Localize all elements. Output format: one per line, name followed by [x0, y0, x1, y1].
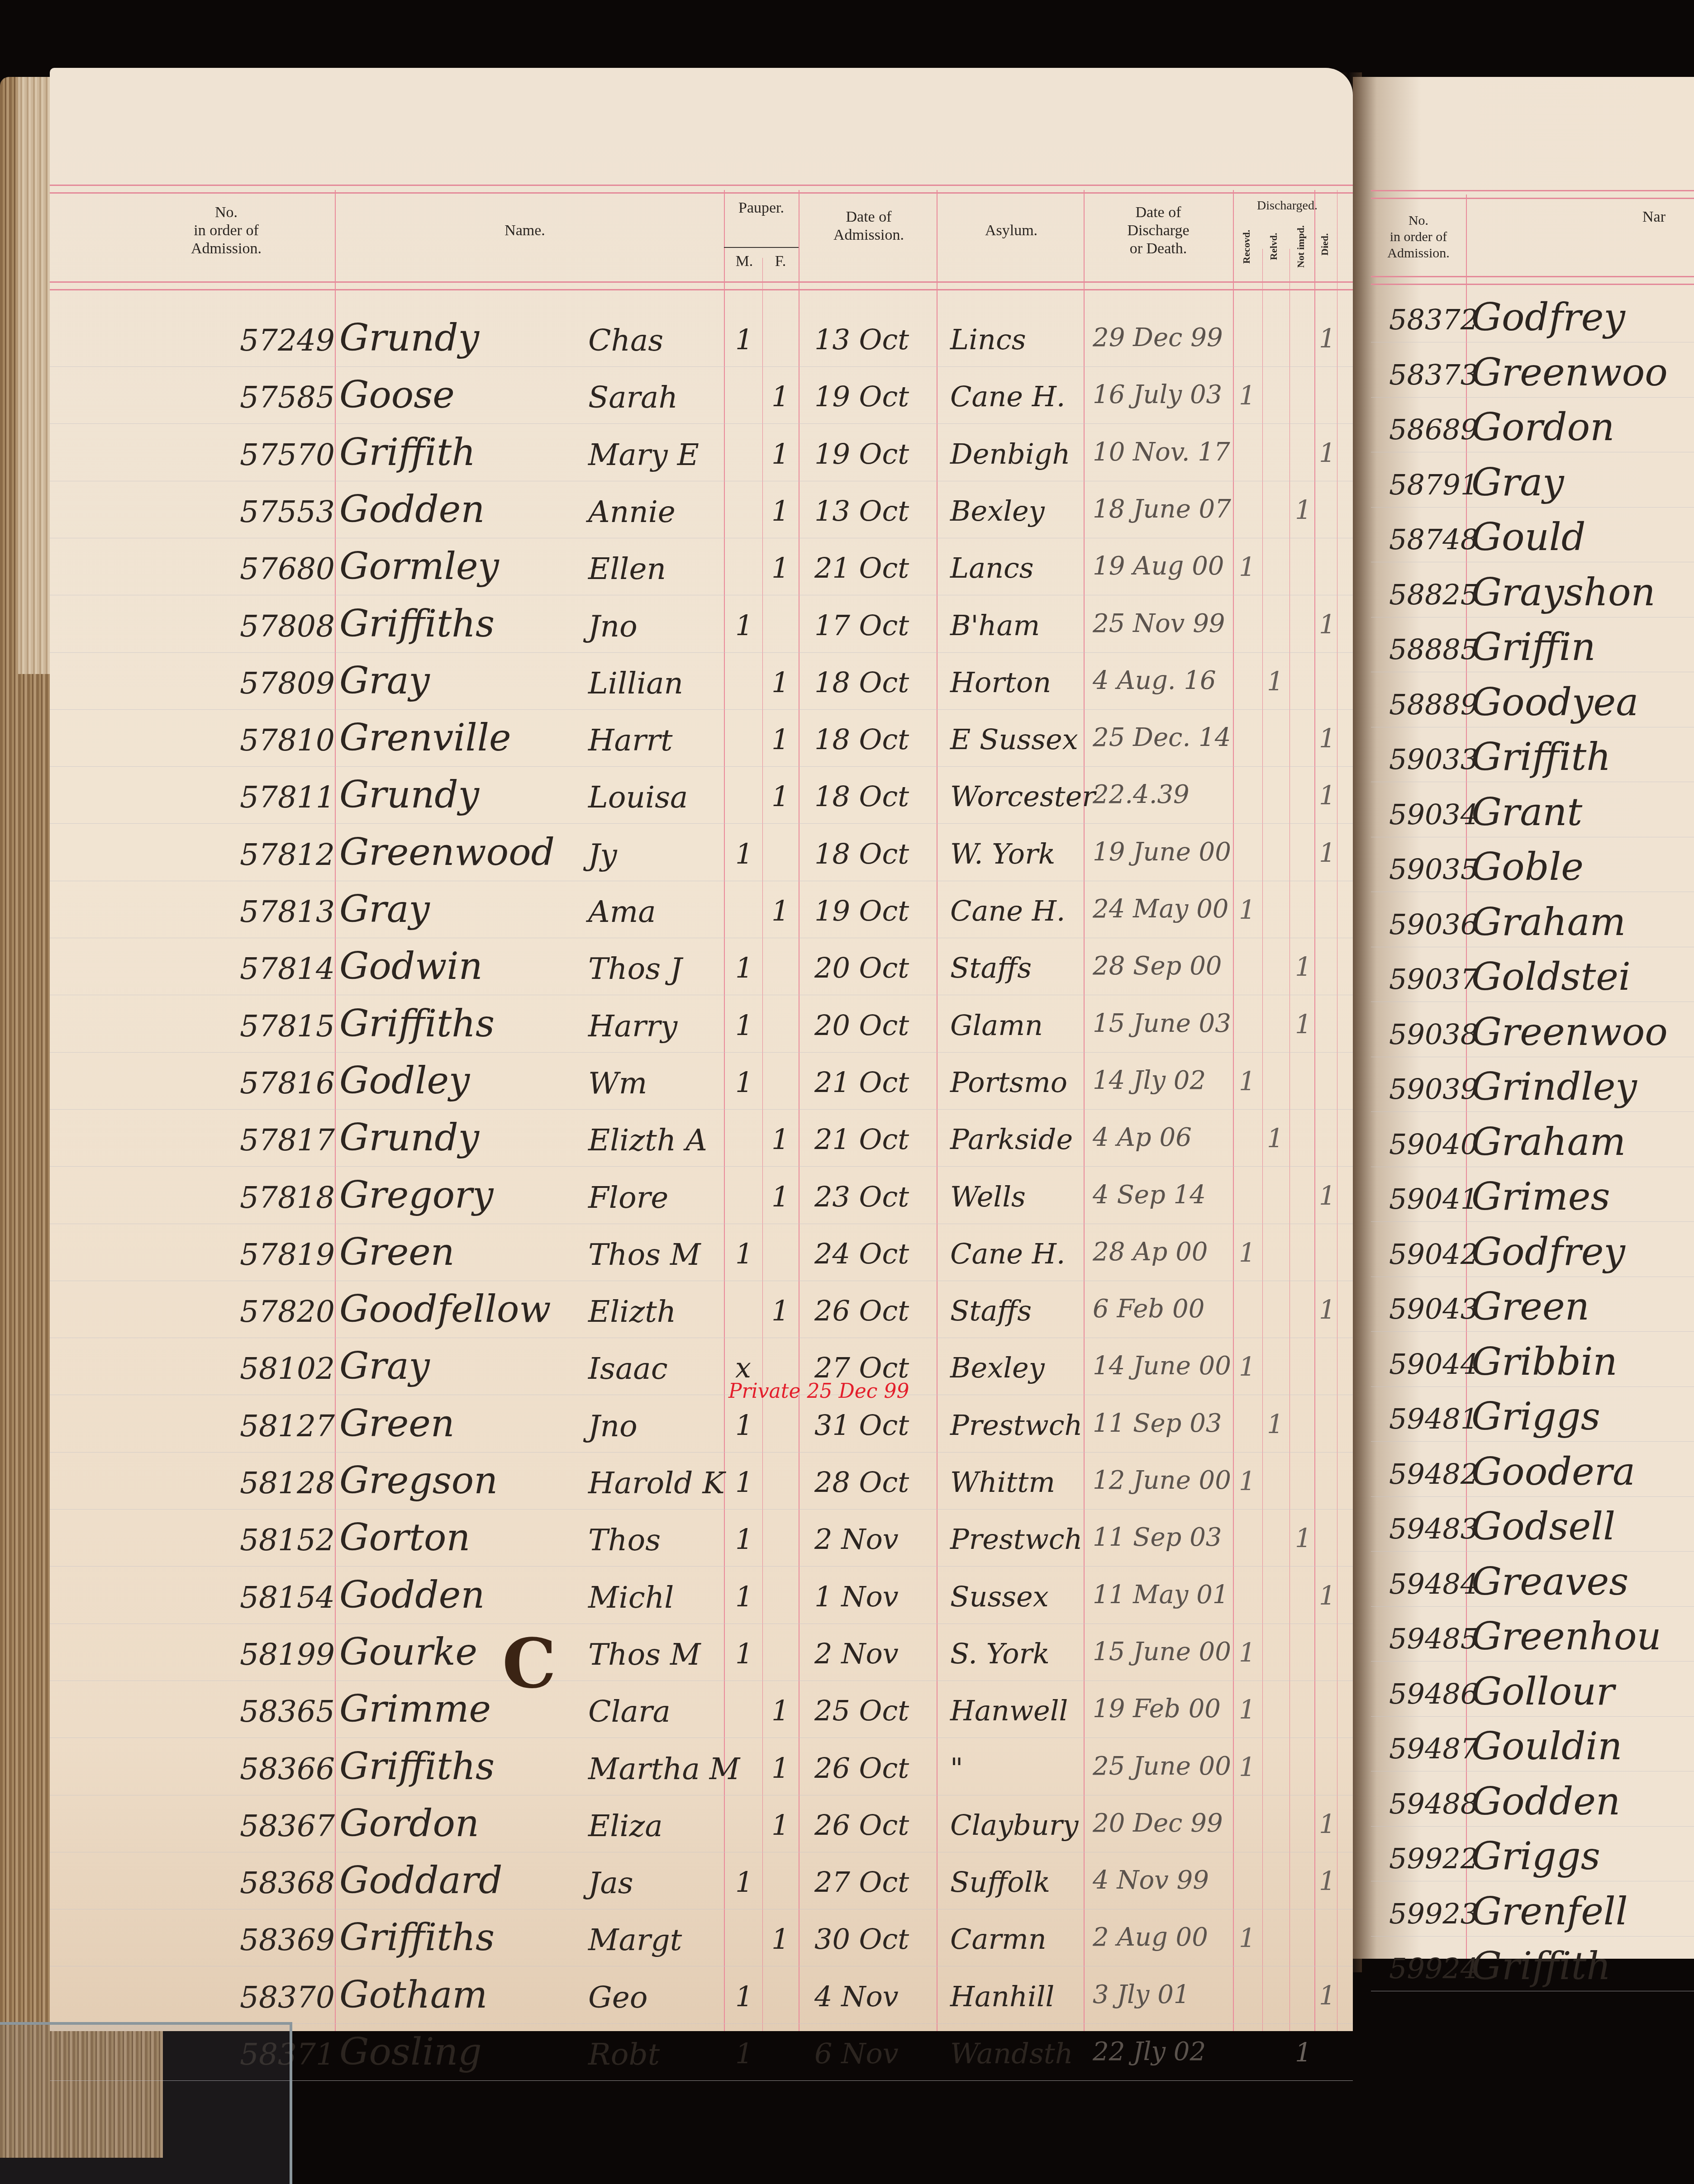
admission-number: 57809: [240, 666, 335, 701]
admission-number: 57818: [240, 1180, 335, 1215]
asylum: B'ham: [950, 609, 1040, 642]
asylum: Worcester: [950, 780, 1095, 813]
right-admission-number: 58825: [1389, 578, 1478, 611]
pauper-male: 1: [735, 2037, 753, 2070]
right-surname: Grenfell: [1471, 1889, 1628, 1933]
surname: Gotham: [339, 1974, 487, 2017]
row-rule: [50, 1795, 1353, 1795]
right-surname: Gribbin: [1471, 1339, 1618, 1384]
col-rule-admission: [937, 190, 937, 2031]
right-row-rule: [1371, 1881, 1694, 1881]
right-row-rule: [1371, 1661, 1694, 1662]
discharge-status-tick: 1: [1319, 437, 1336, 468]
forename: Elizth A: [588, 1123, 707, 1158]
surname: Gourke: [339, 1631, 477, 1674]
right-admission-number: 59922: [1389, 1842, 1478, 1875]
forename: Thos M: [588, 1237, 701, 1272]
date-of-admission: 2 Nov: [814, 1637, 899, 1670]
date-of-admission: 21 Oct: [814, 551, 909, 584]
date-of-admission: 18 Oct: [814, 723, 909, 756]
discharge-status-tick: 1: [1295, 494, 1312, 525]
row-rule: [50, 652, 1353, 653]
right-row-rule: [1371, 837, 1694, 837]
discharge-status-tick: 1: [1267, 1123, 1284, 1154]
right-admission-number: 58889: [1389, 688, 1478, 721]
asylum: S. York: [950, 1637, 1050, 1670]
forename: Jno: [588, 609, 638, 644]
right-row-rule: [1371, 1606, 1694, 1607]
pauper-male: 1: [735, 1866, 753, 1899]
right-admission-number: 58689: [1389, 413, 1478, 446]
discharge-status-tick: 1: [1295, 951, 1312, 982]
forename: Margt: [588, 1923, 682, 1957]
forename: Jy: [588, 837, 617, 872]
asylum: Prestwch: [950, 1409, 1083, 1442]
right-surname: Graham: [1471, 900, 1626, 944]
date-of-discharge: 16 July 03: [1093, 380, 1222, 409]
admission-number: 57249: [240, 323, 335, 358]
right-row-rule: [1371, 1002, 1694, 1002]
date-of-discharge: 6 Feb 00: [1093, 1294, 1204, 1324]
asylum: Lincs: [950, 323, 1026, 356]
surname: Godwin: [339, 945, 483, 988]
pauper-male: 1: [735, 1466, 753, 1499]
forename: Mary E: [588, 437, 699, 472]
pauper-male: 1: [735, 837, 753, 870]
discharge-status-tick: 1: [1239, 551, 1256, 582]
col-rule-f: [799, 190, 799, 2031]
right-surname: Grant: [1471, 790, 1582, 834]
right-surname: Greenhou: [1471, 1614, 1661, 1658]
right-row-rule: [1371, 1057, 1694, 1057]
pauper-female: 1: [771, 1694, 789, 1727]
asylum: Whittm: [950, 1466, 1055, 1499]
surname: Griffith: [339, 431, 476, 474]
row-rule: [50, 1966, 1353, 1966]
asylum: Bexley: [950, 494, 1045, 527]
right-surname: Griggs: [1471, 1394, 1600, 1439]
admission-number: 58199: [240, 1637, 335, 1672]
col-rule-relvd: [1290, 249, 1290, 2031]
discharge-status-tick: 1: [1319, 1580, 1336, 1611]
col-rule-discharge: [1233, 190, 1234, 2031]
asylum: E Sussex: [950, 723, 1078, 756]
date-of-admission: 31 Oct: [814, 1409, 909, 1442]
surname: Goddard: [339, 1859, 502, 1902]
asylum: Suffolk: [950, 1866, 1050, 1899]
date-of-discharge: 25 Dec. 14: [1093, 723, 1231, 752]
discharge-status-tick: 1: [1319, 723, 1336, 754]
date-of-admission: 26 Oct: [814, 1294, 909, 1327]
row-rule: [50, 1281, 1353, 1281]
right-surname: Godfrey: [1471, 1230, 1625, 1274]
right-surname: Griggs: [1471, 1834, 1600, 1878]
right-admission-number: 59039: [1389, 1073, 1478, 1106]
date-of-admission: 30 Oct: [814, 1923, 909, 1956]
forename: Thos M: [588, 1637, 701, 1672]
admission-number: 58366: [240, 1752, 335, 1786]
right-surname: Greaves: [1471, 1559, 1628, 1604]
right-admission-number: 59033: [1389, 743, 1478, 776]
col-rule-recovd: [1262, 249, 1263, 2031]
pauper-male: 1: [735, 609, 753, 642]
date-of-admission: 2 Nov: [814, 1523, 899, 1556]
col-rule-no: [335, 190, 336, 2031]
right-surname: Griffith: [1471, 735, 1611, 779]
surname: Gormley: [339, 545, 499, 588]
discharge-status-tick: 1: [1239, 1066, 1256, 1097]
pauper-female: 1: [771, 780, 789, 813]
col-rule-asylum: [1084, 190, 1085, 2031]
admission-number: 57808: [240, 609, 335, 644]
row-rule: [50, 1566, 1353, 1567]
header-pauper-m: M.: [728, 252, 760, 271]
pauper-female: 1: [771, 1123, 789, 1156]
date-of-admission: 4 Nov: [814, 1980, 899, 2013]
right-admission-number: 59924: [1389, 1952, 1478, 1985]
discharge-status-tick: 1: [1239, 1752, 1256, 1782]
forename: Robt: [588, 2037, 660, 2072]
asylum: Staffs: [950, 1294, 1032, 1327]
row-rule: [50, 423, 1353, 424]
surname: Gray: [339, 888, 430, 931]
right-surname: Godden: [1471, 1779, 1620, 1823]
date-of-discharge: 14 June 00: [1093, 1351, 1231, 1381]
date-of-discharge: 28 Sep 00: [1093, 951, 1222, 981]
date-of-discharge: 3 Jly 01: [1093, 1980, 1190, 2009]
right-admission-number: 59486: [1389, 1677, 1478, 1710]
discharge-status-tick: 1: [1239, 1694, 1256, 1725]
date-of-discharge: 14 Jly 02: [1093, 1066, 1206, 1095]
admission-number: 57814: [240, 951, 335, 986]
right-row-rule: [1371, 397, 1694, 398]
header-name: Name.: [434, 222, 615, 240]
pauper-male: 1: [735, 951, 753, 984]
discharge-status-tick: 1: [1295, 1523, 1312, 1553]
date-of-admission: 25 Oct: [814, 1694, 909, 1727]
surname: Grundy: [339, 774, 479, 817]
right-row-rule: [1371, 892, 1694, 892]
date-of-admission: 28 Oct: [814, 1466, 909, 1499]
row-rule: [50, 881, 1353, 881]
right-surname: Goldstei: [1471, 954, 1631, 999]
discharge-status-tick: 1: [1239, 1351, 1256, 1382]
surname: Green: [339, 1231, 455, 1274]
row-rule: [50, 1166, 1353, 1167]
right-surname: Gray: [1471, 460, 1564, 504]
surname: Godden: [339, 1574, 485, 1617]
surname: Greenwood: [339, 831, 555, 874]
forename: Harrt: [588, 723, 673, 758]
date-of-admission: 21 Oct: [814, 1123, 909, 1156]
right-admission-number: 58791: [1389, 468, 1478, 501]
right-admission-number: 59034: [1389, 798, 1478, 831]
right-row-rule: [1371, 452, 1694, 452]
row-rule: [50, 1109, 1353, 1110]
right-admission-number: 59041: [1389, 1182, 1478, 1215]
right-surname: Griffin: [1471, 625, 1596, 669]
date-of-admission: 18 Oct: [814, 837, 909, 870]
discharge-status-tick: 1: [1319, 323, 1336, 354]
admission-number: 57553: [240, 494, 335, 529]
admission-number: 57817: [240, 1123, 335, 1158]
discharge-status-tick: 1: [1239, 1466, 1256, 1496]
row-rule: [50, 938, 1353, 938]
header-asylum: Asylum.: [959, 222, 1063, 240]
discharge-status-tick: 1: [1319, 780, 1336, 811]
date-of-admission: 6 Nov: [814, 2037, 899, 2070]
row-rule: [50, 995, 1353, 995]
right-admission-number: 59482: [1389, 1458, 1478, 1491]
right-header-name: Nar: [1642, 208, 1694, 226]
asylum: Denbigh: [950, 437, 1070, 470]
right-admission-number: 58885: [1389, 633, 1478, 666]
date-of-discharge: 28 Ap 00: [1093, 1237, 1208, 1267]
header-date-admission: Date of Admission.: [810, 208, 928, 244]
right-row-rule: [1371, 1936, 1694, 1937]
date-of-discharge: 22 Jly 02: [1093, 2037, 1206, 2066]
surname: Griffiths: [339, 1745, 495, 1788]
asylum: Prestwch: [950, 1523, 1083, 1556]
discharge-status-tick: 1: [1295, 1009, 1312, 1040]
header-discharged: Discharged.: [1235, 197, 1339, 215]
date-of-admission: 1 Nov: [814, 1580, 899, 1613]
header-pauper: Pauper.: [724, 199, 799, 217]
right-row-rule: [1371, 782, 1694, 782]
admission-number: 57815: [240, 1009, 335, 1044]
right-admission-number: 59040: [1389, 1128, 1478, 1161]
forename: Chas: [588, 323, 663, 358]
right-admission-number: 58372: [1389, 303, 1478, 336]
right-surname: Green: [1471, 1284, 1589, 1329]
right-row-rule: [1371, 1441, 1694, 1442]
admission-number: 58127: [240, 1409, 335, 1443]
admission-number: 57570: [240, 437, 335, 472]
row-rule: [50, 1852, 1353, 1852]
right-header-bottom-rule: [1371, 276, 1694, 285]
discharge-status-tick: 1: [1319, 1866, 1336, 1896]
right-admission-number: 58748: [1389, 523, 1478, 556]
admission-number: 58152: [240, 1523, 335, 1557]
admission-number: 57810: [240, 723, 335, 758]
date-of-discharge: 25 Nov 99: [1093, 609, 1225, 638]
discharge-status-tick: 1: [1319, 1294, 1336, 1325]
right-row-rule: [1371, 727, 1694, 727]
pauper-male: 1: [735, 323, 753, 356]
right-row-rule: [1371, 1496, 1694, 1497]
asylum: Hanhill: [950, 1980, 1054, 2013]
asylum: Sussex: [950, 1580, 1049, 1613]
forename: Jno: [588, 1409, 638, 1443]
ledger-right-page: No. in order of Admission. Nar 58372Godf…: [1353, 77, 1694, 1959]
right-row-rule: [1371, 1551, 1694, 1552]
date-of-admission: 18 Oct: [814, 780, 909, 813]
pauper-male: 1: [735, 1066, 753, 1099]
right-row-rule: [1371, 1826, 1694, 1827]
pauper-female: 1: [771, 437, 789, 470]
right-row-rule: [1371, 1386, 1694, 1387]
pauper-female: 1: [771, 1923, 789, 1956]
right-header-top-rule: [1371, 190, 1694, 199]
discharge-status-tick: 1: [1239, 894, 1256, 925]
right-surname: Gouldin: [1471, 1724, 1622, 1768]
pauper-female: 1: [771, 1809, 789, 1842]
admission-number: 57811: [240, 780, 335, 815]
forename: Elizth: [588, 1294, 676, 1329]
forename: Ama: [588, 894, 656, 929]
surname: Grundy: [339, 317, 479, 360]
date-of-discharge: 25 June 00: [1093, 1752, 1231, 1781]
date-of-admission: 23 Oct: [814, 1180, 909, 1213]
pauper-male: 1: [735, 1237, 753, 1270]
right-row-rule: [1371, 1331, 1694, 1332]
forename: Wm: [588, 1066, 647, 1101]
date-of-discharge: 18 June 07: [1093, 494, 1231, 524]
right-surname: Griffith: [1471, 1944, 1611, 1988]
date-of-discharge: 11 Sep 03: [1093, 1523, 1222, 1552]
right-admission-number: 59037: [1389, 963, 1478, 996]
right-row-rule: [1371, 1771, 1694, 1771]
header-relvd: Relvd.: [1268, 222, 1280, 271]
forename: Isaac: [588, 1351, 668, 1386]
ledger-table: No. in order of Admission. Name. Pauper.…: [50, 68, 1353, 2031]
right-admission-number: 59488: [1389, 1787, 1478, 1820]
discharge-status-tick: 1: [1319, 1809, 1336, 1839]
row-rule: [50, 709, 1353, 710]
date-of-discharge: 4 Sep 14: [1093, 1180, 1206, 1210]
right-row-rule: [1371, 617, 1694, 617]
header-recovd: Recovd.: [1241, 222, 1252, 271]
pauper-female: 1: [771, 1180, 789, 1213]
right-admission-number: 59035: [1389, 853, 1478, 886]
right-surname: Godfrey: [1471, 295, 1625, 339]
header-not-impd: Not impd.: [1295, 222, 1307, 271]
asylum: Lancs: [950, 551, 1034, 584]
admission-number: 57813: [240, 894, 335, 929]
surname: Gosling: [339, 2031, 482, 2074]
right-row-rule: [1371, 1716, 1694, 1717]
pauper-male: 1: [735, 1523, 753, 1556]
surname: Gregson: [339, 1459, 498, 1502]
asylum: Hanwell: [950, 1694, 1068, 1727]
header-no: No. in order of Admission.: [158, 204, 294, 258]
pauper-female: 1: [771, 666, 789, 699]
asylum: ": [950, 1752, 963, 1785]
right-surname: Godsell: [1471, 1504, 1615, 1548]
asylum: Horton: [950, 666, 1051, 699]
date-of-admission: 26 Oct: [814, 1752, 909, 1785]
discharge-status-tick: 1: [1295, 2037, 1312, 2068]
right-surname: Goble: [1471, 845, 1584, 889]
discharge-status-tick: 1: [1319, 609, 1336, 640]
right-row-rule: [1371, 1221, 1694, 1222]
forename: Harry: [588, 1009, 677, 1044]
date-of-discharge: 22.4.39: [1093, 780, 1190, 809]
date-of-admission: 20 Oct: [814, 951, 909, 984]
header-top-rule: [50, 185, 1353, 194]
row-rule: [50, 1452, 1353, 1453]
date-of-admission: 17 Oct: [814, 609, 909, 642]
date-of-admission: 26 Oct: [814, 1809, 909, 1842]
ink-stain: C: [502, 1624, 556, 1704]
surname: Grundy: [339, 1116, 479, 1159]
surname: Griffiths: [339, 1002, 495, 1045]
forename: Thos: [588, 1523, 661, 1557]
header-pauper-f: F.: [765, 252, 796, 271]
discharge-status-tick: 1: [1239, 380, 1256, 411]
right-admission-number: 59038: [1389, 1018, 1478, 1051]
admission-number: 58367: [240, 1809, 335, 1843]
right-admission-number: 59036: [1389, 908, 1478, 941]
pauper-female: 1: [771, 723, 789, 756]
right-admission-number: 59487: [1389, 1732, 1478, 1765]
asylum: W. York: [950, 837, 1055, 870]
row-rule: [50, 1681, 1353, 1681]
surname: Griffiths: [339, 1916, 495, 1959]
right-surname: Goodera: [1471, 1449, 1635, 1494]
right-admission-number: 58373: [1389, 358, 1478, 391]
admission-number: 58128: [240, 1466, 335, 1500]
pauper-female: 1: [771, 380, 789, 413]
private-annotation: Private 25 Dec 99: [728, 1380, 909, 1403]
header-bottom-rule: [50, 281, 1353, 290]
right-admission-number: 59043: [1389, 1292, 1478, 1325]
row-rule: [50, 1395, 1353, 1395]
surname: Grenville: [339, 717, 511, 760]
asylum: Portsmo: [950, 1066, 1067, 1099]
surname: Green: [339, 1402, 455, 1445]
row-rule: [50, 1224, 1353, 1224]
discharge-status-tick: 1: [1319, 837, 1336, 868]
discharge-status-tick: 1: [1239, 1237, 1256, 1268]
surname: Gorton: [339, 1516, 470, 1559]
forename: Ellen: [588, 551, 666, 586]
date-of-discharge: 19 Feb 00: [1093, 1694, 1221, 1723]
right-admission-number: 59481: [1389, 1402, 1478, 1435]
date-of-admission: 13 Oct: [814, 494, 909, 527]
right-surname: Gollour: [1471, 1669, 1614, 1714]
date-of-discharge: 12 June 00: [1093, 1466, 1231, 1495]
date-of-discharge: 15 June 03: [1093, 1009, 1231, 1038]
right-surname: Grayshon: [1471, 570, 1656, 614]
surname: Gordon: [339, 1802, 479, 1845]
asylum: Claybury: [950, 1809, 1079, 1842]
right-surname: Grindley: [1471, 1064, 1637, 1109]
row-rule: [50, 595, 1353, 595]
right-row-rule: [1371, 1277, 1694, 1277]
admission-number: 57812: [240, 837, 335, 872]
date-of-discharge: 11 May 01: [1093, 1580, 1228, 1610]
discharge-status-tick: 1: [1267, 666, 1284, 697]
ledger-left-page: No. in order of Admission. Name. Pauper.…: [50, 68, 1353, 2031]
row-rule: [50, 823, 1353, 824]
forename: Thos J: [588, 951, 682, 986]
pauper-female: 1: [771, 894, 789, 927]
admission-number: 58154: [240, 1580, 335, 1615]
header-date-discharge: Date of Discharge or Death.: [1090, 204, 1226, 258]
forename: Lillian: [588, 666, 683, 701]
pauper-male: 1: [735, 1580, 753, 1613]
date-of-discharge: 4 Ap 06: [1093, 1123, 1192, 1152]
pauper-female: 1: [771, 1752, 789, 1785]
date-of-discharge: 19 June 00: [1093, 837, 1231, 867]
right-row-rule: [1371, 1111, 1694, 1112]
admission-number: 57680: [240, 551, 335, 586]
row-rule: [50, 1338, 1353, 1338]
forename: Sarah: [588, 380, 678, 415]
pauper-male: 1: [735, 1409, 753, 1442]
asylum: Cane H.: [950, 1237, 1066, 1270]
